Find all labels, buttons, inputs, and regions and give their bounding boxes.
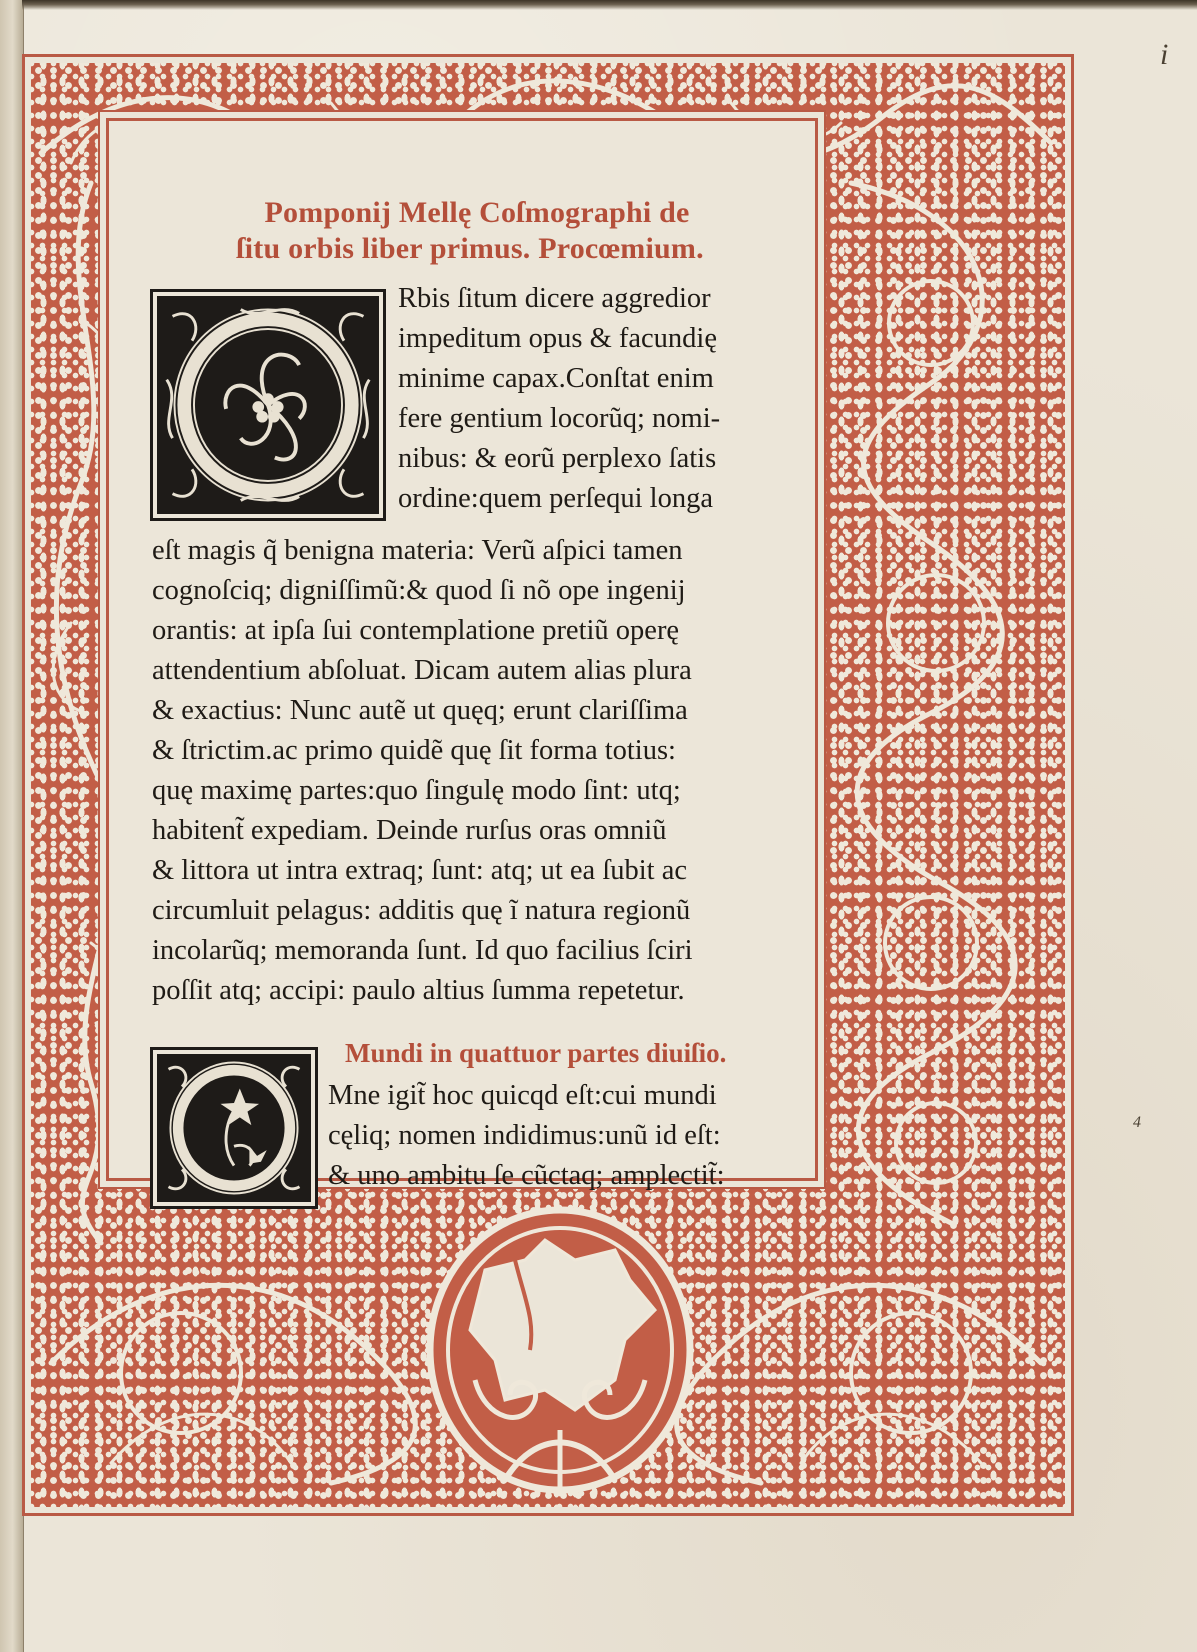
folio-number: i bbox=[1160, 38, 1168, 72]
proem-line: cognoſciq; digniſſimũ:& quod ſi nõ ope i… bbox=[152, 571, 686, 611]
decorated-initial-o-2 bbox=[150, 1047, 318, 1209]
proem-line: eſt magis q̃ benigna materia: Verũ aſpic… bbox=[152, 531, 683, 571]
proem-line: minime capax.Conſtat enim bbox=[398, 359, 714, 399]
proem-line: circumluit pelagus: additis quę ĩ natura… bbox=[152, 891, 690, 931]
proem-line: orantis: at ipſa ſui contemplatione pret… bbox=[152, 611, 679, 651]
proem-line: ordine:quem perſequi longa bbox=[398, 479, 713, 519]
proem-line: & exactius: Nunc autẽ ut quęq; erunt cla… bbox=[152, 691, 688, 731]
border-medallion-ornament bbox=[415, 1200, 705, 1500]
proem-line: attendentium abſoluat. Dicam autem alias… bbox=[152, 651, 692, 691]
section-heading: Mundi in quattuor partes diuiſio. bbox=[345, 1035, 726, 1071]
section-line: cęliq; nomen indidimus:unũ id eſt: bbox=[328, 1116, 721, 1156]
margin-mark: 4 bbox=[1133, 1114, 1141, 1132]
title-line-2: ſitu orbis liber primus. Procœmium. bbox=[106, 231, 818, 267]
decorated-initial-o-1 bbox=[150, 289, 386, 521]
proem-line: quę maximę partes:quo ſingulę modo ſint:… bbox=[152, 771, 681, 811]
proem-line: & littora ut intra extraq; ſunt: atq; ut… bbox=[152, 851, 687, 891]
proem-line: incolarũq; memoranda ſunt. Id quo facili… bbox=[152, 931, 693, 971]
proem-line: nibus: & eorũ perplexo ſatis bbox=[398, 439, 716, 479]
book-spine bbox=[0, 0, 24, 1652]
proem-line: poſſit atq; accipi: paulo altius ſumma r… bbox=[152, 971, 685, 1011]
proem-line: impeditum opus & facundię bbox=[398, 319, 717, 359]
proem-line: fere gentium locorũq; nomi- bbox=[398, 399, 720, 439]
proem-line: & ſtrictim.ac primo quidẽ quę ſit forma … bbox=[152, 731, 676, 771]
title-line-1: Pomponij Mellę Coſmographi de bbox=[106, 195, 818, 231]
section-line: & uno ambitu ſe cũctaq; amplectit̃: bbox=[328, 1156, 725, 1196]
page-top-edge bbox=[22, 0, 1197, 10]
proem-line: habitent̃ expediam. Deinde rurſus oras o… bbox=[152, 811, 666, 851]
section-line: Mne igit̃ hoc quicqd eſt:cui mundi bbox=[328, 1076, 717, 1116]
proem-line: Rbis ſitum dicere aggredior bbox=[398, 279, 711, 319]
